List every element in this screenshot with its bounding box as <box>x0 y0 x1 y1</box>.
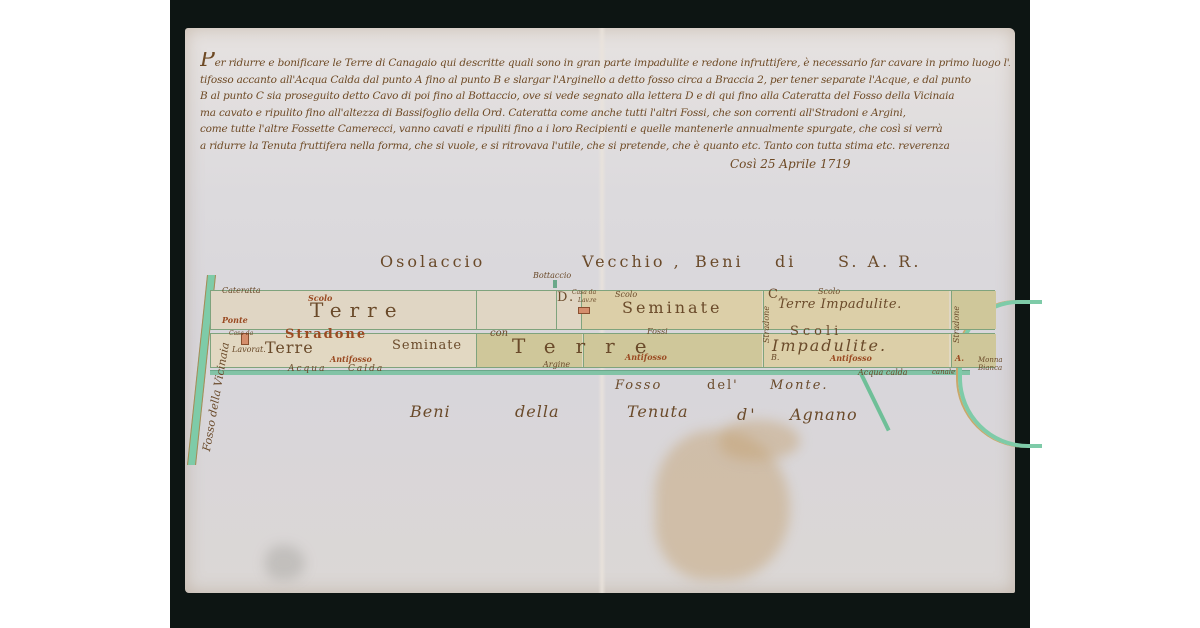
label-seminate: Seminate <box>392 338 462 353</box>
header-paragraph: Per ridurre e bonificare le Terre di Can… <box>200 52 1010 154</box>
label-fossi: Fossi <box>647 327 668 336</box>
label-terre-upper: Terre <box>310 298 405 322</box>
label-seminate-2: Seminate <box>622 298 722 317</box>
house-icon <box>578 307 590 314</box>
label-cateratta: Cateratta <box>222 286 261 295</box>
label-letter-b: B. <box>771 353 779 362</box>
water-stain <box>265 545 305 580</box>
label-del: del' <box>707 378 739 393</box>
label-antifosso: Antifosso <box>330 354 372 364</box>
north-label-di: di <box>775 252 796 271</box>
label-ponte: Ponte <box>222 315 248 325</box>
label-con: con <box>490 328 508 339</box>
header-line: a ridurre la Tenuta fruttifera nella for… <box>200 138 1010 155</box>
south-label-tenuta: Tenuta <box>627 402 688 421</box>
south-label-della: della <box>515 402 559 421</box>
label-monna-bianca: Monna Bianca <box>978 356 1008 372</box>
label-stradone-vertical-2: Stradone <box>952 306 961 343</box>
label-letter-a: A. <box>955 353 964 363</box>
south-label-d: d' <box>737 405 758 424</box>
label-casa-da: Casa da <box>229 330 253 337</box>
label-monte: Monte. <box>770 378 829 393</box>
south-label-beni: Beni <box>410 402 451 421</box>
label-scolo-3: Scolo <box>818 287 840 296</box>
north-label-vecchio: Vecchio , <box>582 252 682 271</box>
label-acqua: Acqua <box>288 364 326 374</box>
label-terre-impadulite: Terre Impadulite. <box>778 297 902 312</box>
north-label-beni: Beni <box>695 252 744 271</box>
water-stain <box>720 420 800 460</box>
label-antifosso-3: Antifosso <box>830 353 872 363</box>
label-bottaccio: Bottaccio <box>533 271 571 280</box>
label-antifosso-2: Antifosso <box>625 352 667 362</box>
label-calda: Calda <box>348 364 384 374</box>
label-casa-da-2: Casa da <box>572 289 596 296</box>
label-acqua-calda: Acqua calda <box>858 368 908 377</box>
header-line: tifosso accanto all'Acqua Calda dal punt… <box>200 72 1010 89</box>
header-line: come tutte l'altre Fossette Camerecci, v… <box>200 121 1010 138</box>
date-signature: Così 25 Aprile 1719 <box>730 157 851 171</box>
label-fosso: Fosso <box>615 378 662 393</box>
parcel <box>476 291 557 329</box>
south-label-agnano: Agnano <box>790 405 858 424</box>
north-label-sar: S. A. R. <box>838 252 921 271</box>
label-argine: Argine <box>543 360 570 369</box>
north-label-osolaccio: Osolaccio <box>380 252 485 271</box>
label-lavoratore-2: Lav.re <box>578 297 597 304</box>
header-line: Per ridurre e bonificare le Terre di Can… <box>200 52 1010 72</box>
label-terre-lower: Terre <box>265 338 314 357</box>
label-lavoratore: Lavorat. <box>232 345 266 354</box>
header-line: B al punto C sia proseguito detto Cavo d… <box>200 88 1010 105</box>
label-stradone-vertical: Stradone <box>762 306 771 343</box>
label-canale: canale <box>932 368 955 376</box>
header-line: ma cavato e ripulito fino all'altezza di… <box>200 105 1010 122</box>
bottaccio-marker <box>553 280 557 288</box>
